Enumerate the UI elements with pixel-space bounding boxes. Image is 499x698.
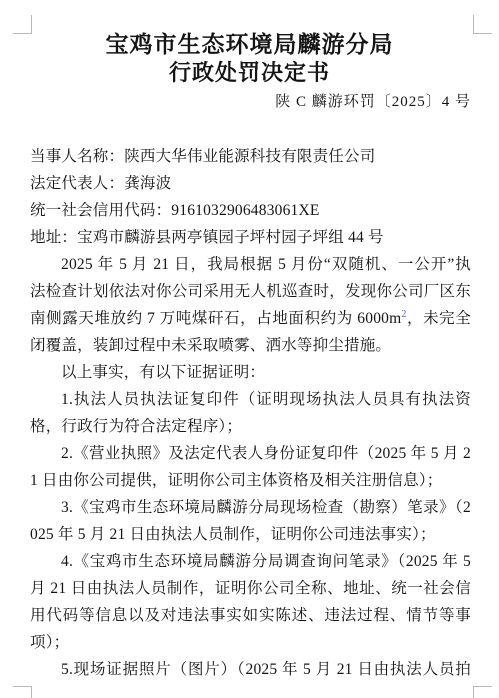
evidence-item-line: 5.现场证据照片（图片）（2025 年 5 月 21 日由执法人员拍 — [30, 656, 471, 683]
crop-mark-bottom-left — [13, 686, 32, 698]
evidence-item-line: 月 21 日由执法人员制作，证明你公司全称、地址、统一社会信 — [30, 575, 471, 602]
evidence-item-line: 1.执法人员执法证复印件（证明现场执法人员具有执法资 — [30, 386, 471, 413]
evidence-item-line: 3.《宝鸡市生态环境局麟游分局现场检查（勘察）笔录》（2 — [30, 494, 471, 521]
credit-code-line: 统一社会信用代码：9161032906483061XE — [30, 197, 471, 224]
party-name-line: 当事人名称：陕西大华伟业能源科技有限责任公司 — [30, 143, 471, 170]
title-document-type: 行政处罚决定书 — [0, 59, 499, 87]
evidence-item-line: 4.《宝鸡市生态环境局麟游分局调查询问笔录》（2025 年 5 — [30, 548, 471, 575]
body-line-text: 南侧露天堆放约 7 万吨煤矸石，占地面积约为 6000m — [30, 310, 401, 327]
evidence-item-line: 025 年 5 月 21 日由执法人员制作，证明你公司违法事实）； — [30, 521, 471, 548]
evidence-item-line: 1 日由你公司提供，证明你公司主体资格及相关注册信息）； — [30, 467, 471, 494]
evidence-item-line: 2.《营业执照》及法定代表人身份证复印件（2025 年 5 月 2 — [30, 440, 471, 467]
body-line: 闭覆盖，装卸过程中未采取喷雾、洒水等抑尘措施。 — [30, 332, 471, 359]
body-line: 以上事实，有以下证据证明： — [30, 359, 471, 386]
document-body: 当事人名称：陕西大华伟业能源科技有限责任公司 法定代表人：龚海波 统一社会信用代… — [30, 143, 471, 683]
body-line: 2025 年 5 月 21 日，我局根据 5 月份“双随机、一公开”执 — [30, 251, 471, 278]
title-agency: 宝鸡市生态环境局麟游分局 — [0, 30, 499, 59]
evidence-item-line: 项）； — [30, 629, 471, 656]
document-number: 陕 C 麟游环罚〔2025〕4 号 — [275, 92, 471, 112]
body-line: 南侧露天堆放约 7 万吨煤矸石，占地面积约为 6000m2，未完全密 — [30, 305, 471, 332]
document-title: 宝鸡市生态环境局麟游分局 行政处罚决定书 — [0, 30, 499, 87]
document-page: 宝鸡市生态环境局麟游分局 行政处罚决定书 陕 C 麟游环罚〔2025〕4 号 当… — [0, 0, 499, 698]
evidence-item-line: 格，行政行为符合法定程序）； — [30, 413, 471, 440]
evidence-item-line: 用代码等信息以及对违法事实如实陈述、违法过程、情节等事 — [30, 602, 471, 629]
crop-mark-bottom-right — [473, 686, 492, 698]
body-line: 法检查计划依法对你公司采用无人机巡查时，发现你公司厂区东 — [30, 278, 471, 305]
legal-representative-line: 法定代表人：龚海波 — [30, 170, 471, 197]
address-line: 地址：宝鸡市麟游县两亭镇园子坪村园子坪组 44 号 — [30, 224, 471, 251]
